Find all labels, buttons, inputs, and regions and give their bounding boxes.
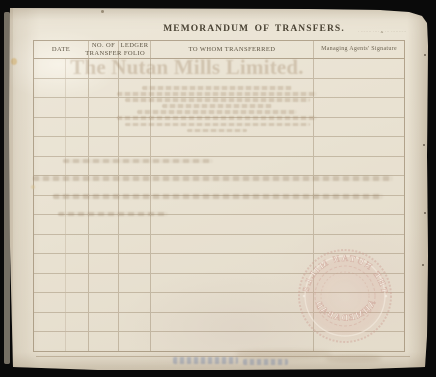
- empty-cell: [34, 313, 66, 332]
- empty-cell: [89, 118, 119, 137]
- empty-cell: [119, 235, 151, 254]
- ghost-blue-mark: [243, 359, 288, 365]
- page-title: MEMORANDUM OF TRANSFERS.: [148, 24, 360, 34]
- empty-cell: [119, 293, 151, 312]
- empty-cell: [119, 98, 151, 117]
- empty-cell: [89, 157, 119, 176]
- empty-cell: [314, 157, 404, 176]
- table-row: [34, 235, 404, 255]
- empty-cell: [151, 332, 314, 351]
- empty-cell: [314, 98, 404, 117]
- empty-cell: [314, 254, 404, 273]
- empty-cell: [119, 215, 151, 234]
- column-header-label: TO WHOM TRANSFERRED: [189, 46, 276, 53]
- empty-cell: [66, 215, 89, 234]
- empty-cell: [119, 196, 151, 215]
- empty-cell: [119, 137, 151, 156]
- empty-cell: [66, 196, 89, 215]
- empty-cell: [151, 137, 314, 156]
- empty-cell: [66, 332, 89, 351]
- empty-cell: [34, 196, 66, 215]
- table-row: [34, 313, 404, 333]
- empty-cell: [66, 235, 89, 254]
- table-row: [34, 196, 404, 216]
- empty-cell: [119, 274, 151, 293]
- column-header-label: Managing Agents' Signature: [321, 46, 397, 53]
- empty-cell: [66, 313, 89, 332]
- paper-smudge: [326, 355, 381, 362]
- table-row: [34, 137, 404, 157]
- transfers-table: DATE NO. OF TRANSFER LEDGER FOLIO TO WHO…: [33, 40, 405, 352]
- folded-page-edge: [4, 12, 10, 364]
- empty-cell: [66, 254, 89, 273]
- empty-cell: [314, 215, 404, 234]
- edge-speck: [424, 54, 426, 56]
- column-header-label: TRANSFER: [85, 50, 121, 57]
- table-row: [34, 215, 404, 235]
- empty-cell: [314, 332, 404, 351]
- empty-cell: [119, 176, 151, 195]
- empty-cell: [314, 118, 404, 137]
- empty-cell: [151, 157, 314, 176]
- empty-cell: [66, 274, 89, 293]
- empty-cell: [151, 254, 314, 273]
- column-header-no-of-transfer: NO. OF TRANSFER: [89, 41, 119, 58]
- empty-cell: [89, 235, 119, 254]
- paper-stain: [31, 185, 35, 189]
- empty-cell: [34, 176, 66, 195]
- empty-cell: [34, 215, 66, 234]
- printer-imprint: · ······· ···· & ··· ··········: [358, 30, 410, 34]
- empty-cell: [89, 215, 119, 234]
- empty-cell: [151, 293, 314, 312]
- edge-speck: [424, 212, 426, 214]
- empty-cell: [66, 137, 89, 156]
- empty-cell: [119, 79, 151, 98]
- paper-stain: [11, 58, 17, 65]
- empty-cell: [34, 254, 66, 273]
- empty-cell: [34, 59, 66, 78]
- table-row: [34, 274, 404, 294]
- empty-cell: [151, 59, 314, 78]
- empty-cell: [89, 59, 119, 78]
- empty-cell: [66, 118, 89, 137]
- empty-cell: [119, 332, 151, 351]
- empty-cell: [89, 332, 119, 351]
- column-header-managing-agents-signature: Managing Agents' Signature: [314, 41, 404, 58]
- table-row: [34, 79, 404, 99]
- edge-speck: [423, 144, 425, 146]
- empty-cell: [89, 176, 119, 195]
- column-header-date: DATE: [34, 41, 89, 58]
- table-row: [34, 118, 404, 138]
- table-row: [34, 98, 404, 118]
- edge-speck: [422, 264, 424, 266]
- empty-cell: [89, 293, 119, 312]
- empty-cell: [89, 98, 119, 117]
- table-row: [34, 254, 404, 274]
- empty-cell: [34, 137, 66, 156]
- empty-cell: [151, 79, 314, 98]
- empty-cell: [151, 176, 314, 195]
- empty-cell: [151, 118, 314, 137]
- empty-cell: [314, 313, 404, 332]
- table-row: [34, 176, 404, 196]
- empty-cell: [151, 196, 314, 215]
- empty-cell: [66, 176, 89, 195]
- empty-cell: [314, 176, 404, 195]
- empty-cell: [34, 79, 66, 98]
- transfer-table-body: [34, 59, 404, 351]
- empty-cell: [151, 98, 314, 117]
- column-header-label: FOLIO: [124, 50, 145, 57]
- empty-cell: [314, 79, 404, 98]
- empty-cell: [89, 79, 119, 98]
- ghost-blue-mark: [173, 357, 238, 364]
- empty-cell: [89, 313, 119, 332]
- empty-cell: [314, 293, 404, 312]
- empty-cell: [89, 274, 119, 293]
- empty-cell: [119, 313, 151, 332]
- empty-cell: [89, 196, 119, 215]
- scanned-share-certificate-back: { "document": { "title": "MEMORANDUM OF …: [0, 0, 436, 377]
- column-header-label: LEDGER: [120, 42, 148, 49]
- empty-cell: [314, 196, 404, 215]
- empty-cell: [119, 59, 151, 78]
- empty-cell: [119, 157, 151, 176]
- empty-cell: [314, 137, 404, 156]
- empty-cell: [34, 293, 66, 312]
- table-header-row: DATE NO. OF TRANSFER LEDGER FOLIO TO WHO…: [34, 41, 404, 59]
- paper-smudge: [236, 350, 331, 359]
- empty-cell: [34, 235, 66, 254]
- empty-cell: [119, 254, 151, 273]
- paper-speck: [101, 10, 104, 13]
- empty-cell: [151, 215, 314, 234]
- table-row: [34, 332, 404, 351]
- table-row: [34, 293, 404, 313]
- empty-cell: [66, 59, 89, 78]
- empty-cell: [151, 235, 314, 254]
- table-row: [34, 59, 404, 79]
- empty-cell: [314, 59, 404, 78]
- column-header-to-whom-transferred: TO WHOM TRANSFERRED: [151, 41, 314, 58]
- empty-cell: [151, 313, 314, 332]
- empty-cell: [34, 98, 66, 117]
- table-row: [34, 157, 404, 177]
- column-header-ledger-folio: LEDGER FOLIO: [119, 41, 151, 58]
- empty-cell: [151, 274, 314, 293]
- empty-cell: [89, 254, 119, 273]
- column-header-label: NO. OF: [92, 42, 115, 49]
- empty-cell: [314, 274, 404, 293]
- empty-cell: [66, 79, 89, 98]
- empty-cell: [314, 235, 404, 254]
- column-header-label: DATE: [52, 46, 70, 53]
- empty-cell: [66, 293, 89, 312]
- empty-cell: [34, 157, 66, 176]
- empty-cell: [66, 98, 89, 117]
- empty-cell: [119, 118, 151, 137]
- document-paper: MEMORANDUM OF TRANSFERS. · ······· ···· …: [8, 6, 429, 372]
- empty-cell: [66, 157, 89, 176]
- empty-cell: [89, 137, 119, 156]
- empty-cell: [34, 118, 66, 137]
- empty-cell: [34, 332, 66, 351]
- empty-cell: [34, 274, 66, 293]
